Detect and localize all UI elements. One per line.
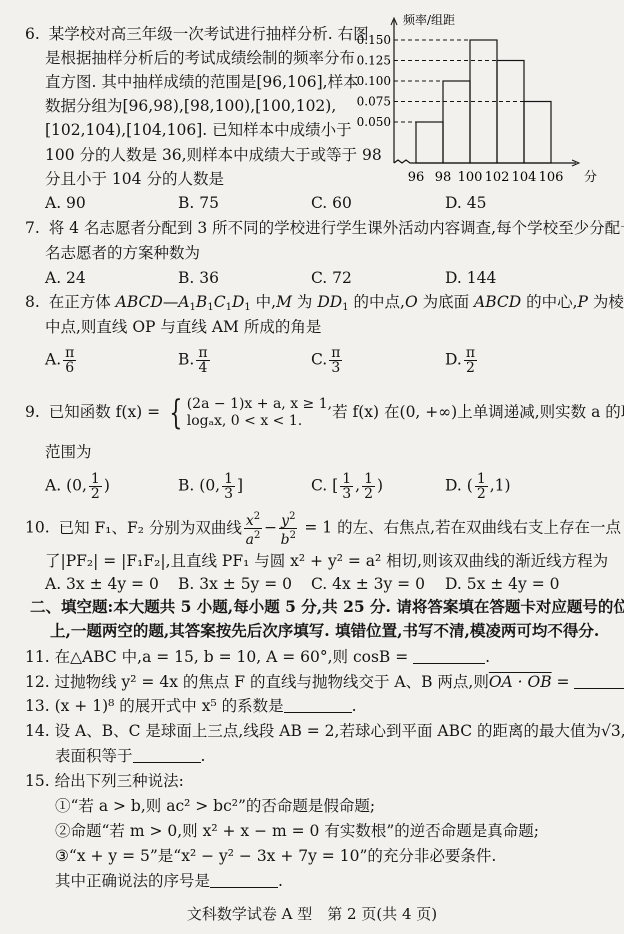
svg-text:98: 98 (435, 170, 452, 185)
answer-blank (133, 748, 201, 763)
piecewise-function: {(2a − 1)x + a, x ≥ 1,logₐx, 0 < x < 1. (165, 396, 332, 430)
statement-2: ②命题“若 m > 0,则 x² + x − m = 0 有实数根”的逆否命题是… (55, 821, 539, 841)
question-number: 9. (25, 403, 40, 421)
option-c: C. [13,12) (311, 472, 383, 501)
question-11: 11. 在△ABC 中,a = 15, b = 10, A = 60°,则 co… (25, 647, 490, 667)
option-a: A. 24 (45, 268, 86, 288)
option-b: B.π4 (178, 346, 212, 375)
answer-blank (413, 649, 485, 664)
answer-blank (210, 873, 278, 888)
question-text: 某学校对高三年级一次考试进行抽样分析. 右图 (49, 25, 369, 43)
question-text: [102,104),[104,106]. 已知样本中成绩小于 (45, 120, 352, 140)
option-a: A. (0,12) (45, 472, 110, 501)
question-12: 12. 过抛物线 y² = 4x 的焦点 F 的直线与抛物线交于 A、B 两点,… (25, 672, 624, 692)
option-b: B. 75 (178, 193, 219, 213)
page-footer: 文科数学试卷 A 型 第 2 页(共 4 页) (0, 904, 624, 924)
svg-text:102: 102 (485, 170, 510, 185)
option-d: D. 45 (445, 193, 486, 213)
question-number: 8. (25, 293, 40, 311)
svg-text:104: 104 (512, 170, 537, 185)
frequency-histogram: 频率/组距分0.0500.0750.1000.1250.150969810010… (350, 0, 624, 185)
option-b: B. (0,13] (178, 472, 243, 501)
option-d: D. 144 (445, 268, 496, 288)
svg-text:分: 分 (584, 170, 597, 185)
question-text: 名志愿者的方案种数为 (45, 243, 200, 263)
statement-3: ③“x + y = 5”是“x² − y² − 3x + 7y = 10”的充分… (55, 846, 496, 866)
statement-1: ①“若 a > b,则 ac² > bc²”的否命题是假命题; (55, 796, 375, 816)
question-text: 中点,则直线 OP 与直线 AM 所成的角是 (45, 317, 321, 337)
svg-text:频率/组距: 频率/组距 (403, 12, 455, 27)
svg-text:0.050: 0.050 (357, 115, 391, 129)
question-number: 10. (25, 519, 50, 537)
question-13: 13. (x + 1)⁸ 的展开式中 x⁵ 的系数是. (25, 696, 357, 716)
option-a: A. 90 (45, 193, 86, 213)
question-text: 直方图. 其中抽样成绩的范围是[96,106],样本 (45, 72, 359, 92)
question-text: 数据分组为[96,98),[98,100),[100,102), (45, 96, 336, 116)
answer-blank (574, 674, 624, 689)
svg-text:0.150: 0.150 (357, 33, 391, 47)
option-b: B. 3x ± 5y = 0 (178, 574, 292, 594)
question-text: 了|PF₂| = |F₁F₂|,且直线 PF₁ 与圆 x² + y² = a² … (45, 551, 608, 571)
option-c: C. 4x ± 3y = 0 (311, 574, 425, 594)
option-d: D. (12,1) (445, 472, 511, 501)
question-number: 7. (25, 219, 40, 237)
svg-text:0.125: 0.125 (357, 54, 391, 68)
option-d: D. 5x ± 4y = 0 (445, 574, 560, 594)
option-a: A.π6 (45, 346, 78, 375)
option-a: A. 3x ± 4y = 0 (45, 574, 159, 594)
histogram-chart: 频率/组距分0.0500.0750.1000.1250.150969810010… (350, 0, 624, 185)
svg-text:0.075: 0.075 (357, 95, 391, 109)
question-text: 分且小于 104 分的人数是 (45, 169, 224, 189)
svg-text:0.100: 0.100 (357, 74, 391, 88)
question-text: 将 4 名志愿者分配到 3 所不同的学校进行学生课外活动内容调查,每个学校至少分… (49, 219, 624, 237)
question-text: 是根据抽样分析后的考试成绩绘制的频率分布 (45, 48, 355, 68)
option-c: C. 72 (311, 268, 352, 288)
option-c: C.π3 (311, 346, 344, 375)
question-number: 6. (25, 25, 40, 43)
svg-text:100: 100 (458, 170, 483, 185)
svg-text:96: 96 (408, 170, 425, 185)
question-text: 范围为 (45, 442, 92, 462)
option-b: B. 36 (178, 268, 219, 288)
exam-page: 6. 某学校对高三年级一次考试进行抽样分析. 右图 是根据抽样分析后的考试成绩绘… (0, 0, 624, 934)
svg-text:106: 106 (539, 170, 564, 185)
option-c: C. 60 (311, 193, 352, 213)
answer-blank (284, 698, 352, 713)
question-text: 100 分的人数是 36,则样本中成绩大于或等于 98 (45, 145, 382, 165)
option-d: D.π2 (445, 346, 479, 375)
